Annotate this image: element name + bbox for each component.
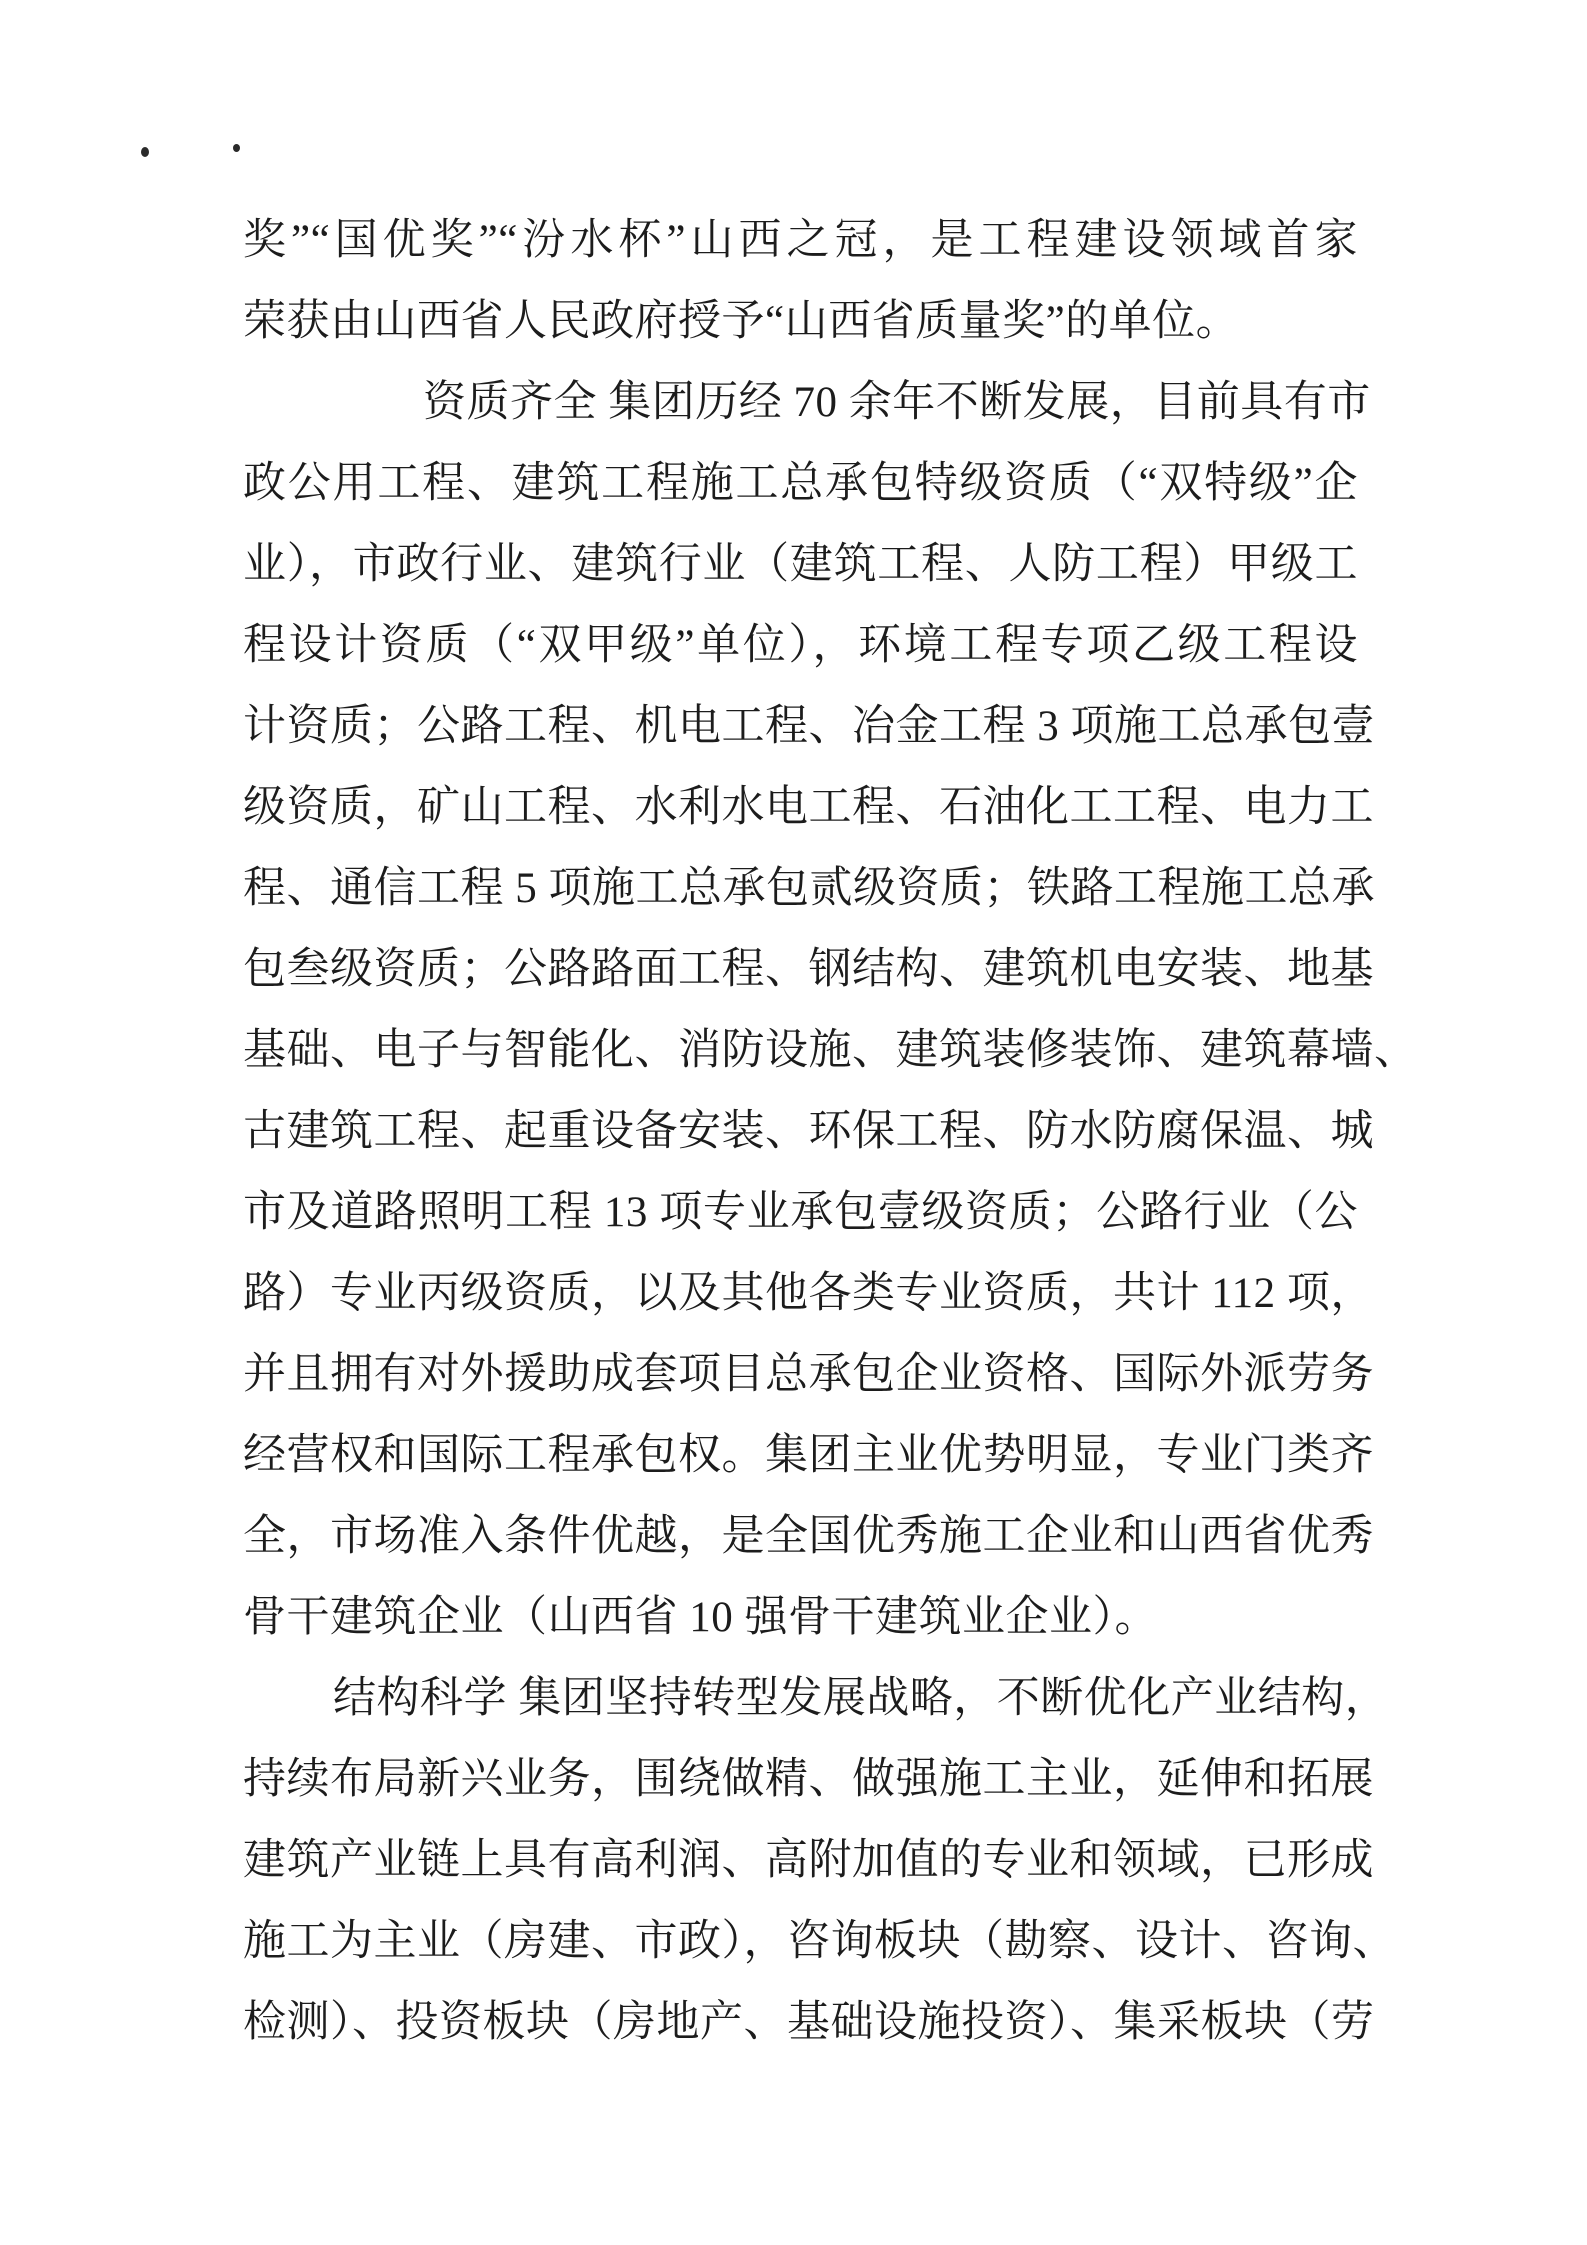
- text-line: 路）专业丙级资质，以及其他各类专业资质，共计 112 项，: [243, 1253, 1358, 1334]
- text-line: 计资质；公路工程、机电工程、冶金工程 3 项施工总承包壹: [243, 686, 1358, 767]
- document-page: 奖”“国优奖”“汾水杯”山西之冠，是工程建设领域首家 荣获由山西省人民政府授予“…: [0, 0, 1587, 2245]
- text-line: 程、通信工程 5 项施工总承包贰级资质；铁路工程施工总承: [243, 848, 1358, 929]
- text-line: 建筑产业链上具有高利润、高附加值的专业和领域，已形成: [243, 1820, 1358, 1901]
- text-block: 奖”“国优奖”“汾水杯”山西之冠，是工程建设领域首家 荣获由山西省人民政府授予“…: [243, 200, 1358, 2063]
- text-line: 级资质，矿山工程、水利水电工程、石油化工工程、电力工: [243, 767, 1358, 848]
- text-line: 基础、电子与智能化、消防设施、建筑装修装饰、建筑幕墙、: [243, 1010, 1358, 1091]
- text-line: 程设计资质（“双甲级”单位），环境工程专项乙级工程设: [243, 605, 1358, 686]
- text-line: 奖”“国优奖”“汾水杯”山西之冠，是工程建设领域首家: [243, 200, 1358, 281]
- scan-speck: [141, 147, 149, 157]
- text-line: 施工为主业（房建、市政），咨询板块（勘察、设计、咨询、: [243, 1901, 1358, 1982]
- text-line: 市及道路照明工程 13 项专业承包壹级资质；公路行业（公: [243, 1172, 1358, 1253]
- text-line: 骨干建筑企业（山西省 10 强骨干建筑业企业）。: [243, 1577, 1358, 1658]
- scan-speck: [233, 144, 240, 152]
- text-line: 荣获由山西省人民政府授予“山西省质量奖”的单位。: [243, 281, 1358, 362]
- text-line: 并且拥有对外援助成套项目总承包企业资格、国际外派劳务: [243, 1334, 1358, 1415]
- text-line: 全，市场准入条件优越，是全国优秀施工企业和山西省优秀: [243, 1496, 1358, 1577]
- text-line: 检测）、投资板块（房地产、基础设施投资）、集采板块（劳: [243, 1982, 1358, 2063]
- text-line: 包叁级资质；公路路面工程、钢结构、建筑机电安装、地基: [243, 929, 1358, 1010]
- text-line: 政公用工程、建筑工程施工总承包特级资质（“双特级”企: [243, 443, 1358, 524]
- text-line: 古建筑工程、起重设备安装、环保工程、防水防腐保温、城: [243, 1091, 1358, 1172]
- text-line: 持续布局新兴业务，围绕做精、做强施工主业，延伸和拓展: [243, 1739, 1358, 1820]
- text-line: 业），市政行业、建筑行业（建筑工程、人防工程）甲级工: [243, 524, 1358, 605]
- text-line: 结构科学 集团坚持转型发展战略，不断优化产业结构，: [243, 1658, 1358, 1739]
- text-line: 资质齐全 集团历经 70 余年不断发展，目前具有市: [243, 362, 1358, 443]
- text-line: 经营权和国际工程承包权。集团主业优势明显，专业门类齐: [243, 1415, 1358, 1496]
